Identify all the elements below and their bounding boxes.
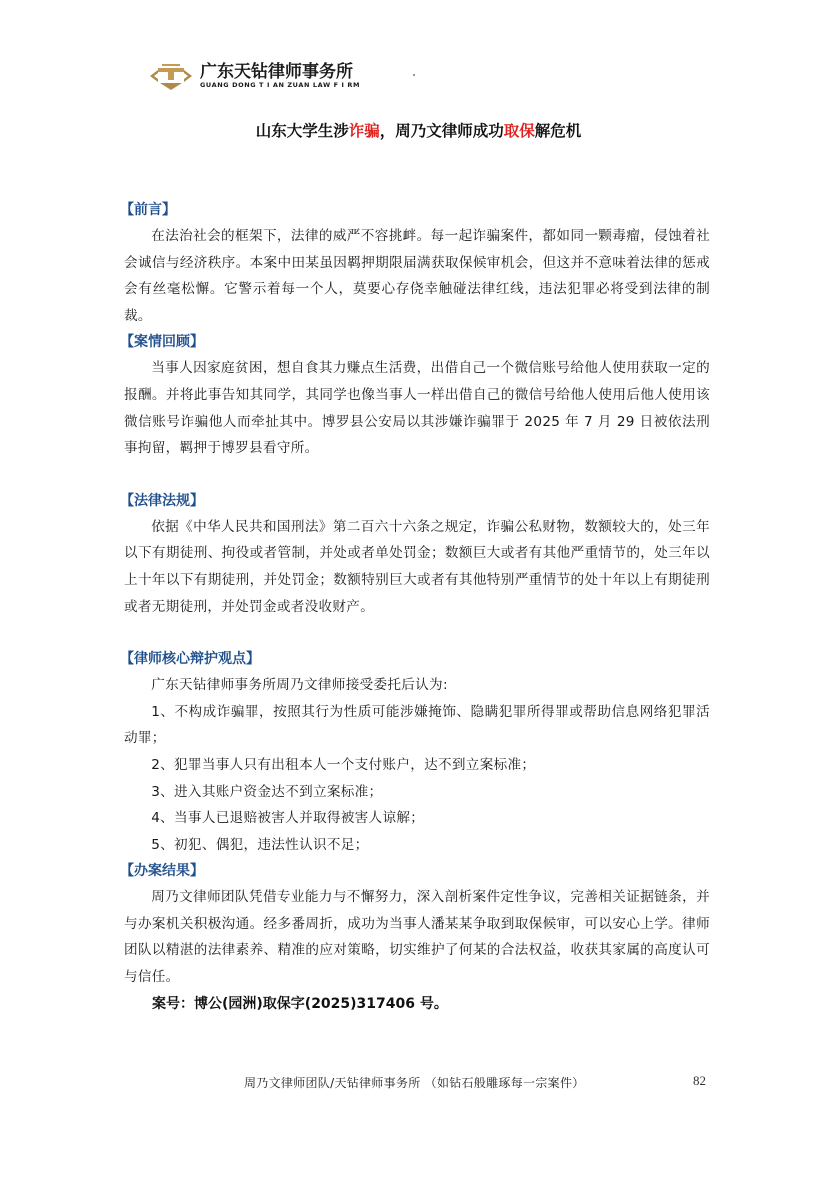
section-heading-preface: 【前言】 [120,197,710,223]
firm-name-cn: 广东天钻律师事务所 [200,64,360,81]
spacer [124,462,710,488]
defense-point-3: 3、进入其账户资金达不到立案标准； [124,779,710,806]
section-heading-defense: 【律师核心辩护观点】 [120,646,710,672]
firm-logo-icon [148,61,194,91]
section-heading-case-review: 【案情回顾】 [120,329,710,355]
case-number: 案号：博公(园洲)取保字(2025)317406 号。 [124,991,710,1018]
defense-intro: 广东天钻律师事务所周乃文律师接受委托后认为: [124,672,710,699]
document-body: 【前言】 在法治社会的框架下，法律的威严不容挑衅。每一起诈骗案件，都如同一颗毒瘤… [124,197,710,1018]
preface-paragraph: 在法治社会的框架下，法律的威严不容挑衅。每一起诈骗案件，都如同一颗毒瘤，侵蚀着社… [124,223,710,329]
page-title: 山东大学生涉诈骗，周乃文律师成功取保解危机 [0,119,833,141]
firm-logo-header: 广东天钻律师事务所 GUANG DONG T I AN ZUAN LAW F I… [148,60,360,92]
result-paragraph: 周乃文律师团队凭借专业能力与不懈努力，深入剖析案件定性争议，完善相关证据链条，并… [124,884,710,990]
page-number: 82 [693,1073,706,1089]
section-heading-result: 【办案结果】 [120,858,710,884]
case-review-paragraph: 当事人因家庭贫困，想自食其力赚点生活费，出借自己一个微信账号给他人使用获取一定的… [124,355,710,461]
page-footer: 周乃文律师团队/天钻律师事务所 （如钻石般雕琢每一宗案件） [244,1074,585,1091]
title-part-1: 山东大学生涉 [256,122,349,140]
spacer [124,620,710,646]
defense-point-5: 5、初犯、偶犯，违法性认识不足； [124,832,710,859]
defense-point-1: 1、不构成诈骗罪，按照其行为性质可能涉嫌掩饰、隐瞒犯罪所得罪或帮助信息网络犯罪活… [124,699,710,752]
law-paragraph: 依据《中华人民共和国刑法》第二百六十六条之规定，诈骗公私财物，数额较大的，处三年… [124,514,710,620]
title-highlight-fraud: 诈骗 [349,122,380,140]
title-part-2: ，周乃文律师成功 [380,122,504,140]
section-heading-law: 【法律法规】 [120,488,710,514]
firm-name-en: GUANG DONG T I AN ZUAN LAW F I RM [200,82,360,89]
title-highlight-bail: 取保 [504,122,535,140]
defense-point-4: 4、当事人已退赔被害人并取得被害人谅解； [124,805,710,832]
title-part-3: 解危机 [535,122,582,140]
decorative-dot [413,74,415,76]
defense-point-2: 2、犯罪当事人只有出租本人一个支付账户，达不到立案标准； [124,752,710,779]
